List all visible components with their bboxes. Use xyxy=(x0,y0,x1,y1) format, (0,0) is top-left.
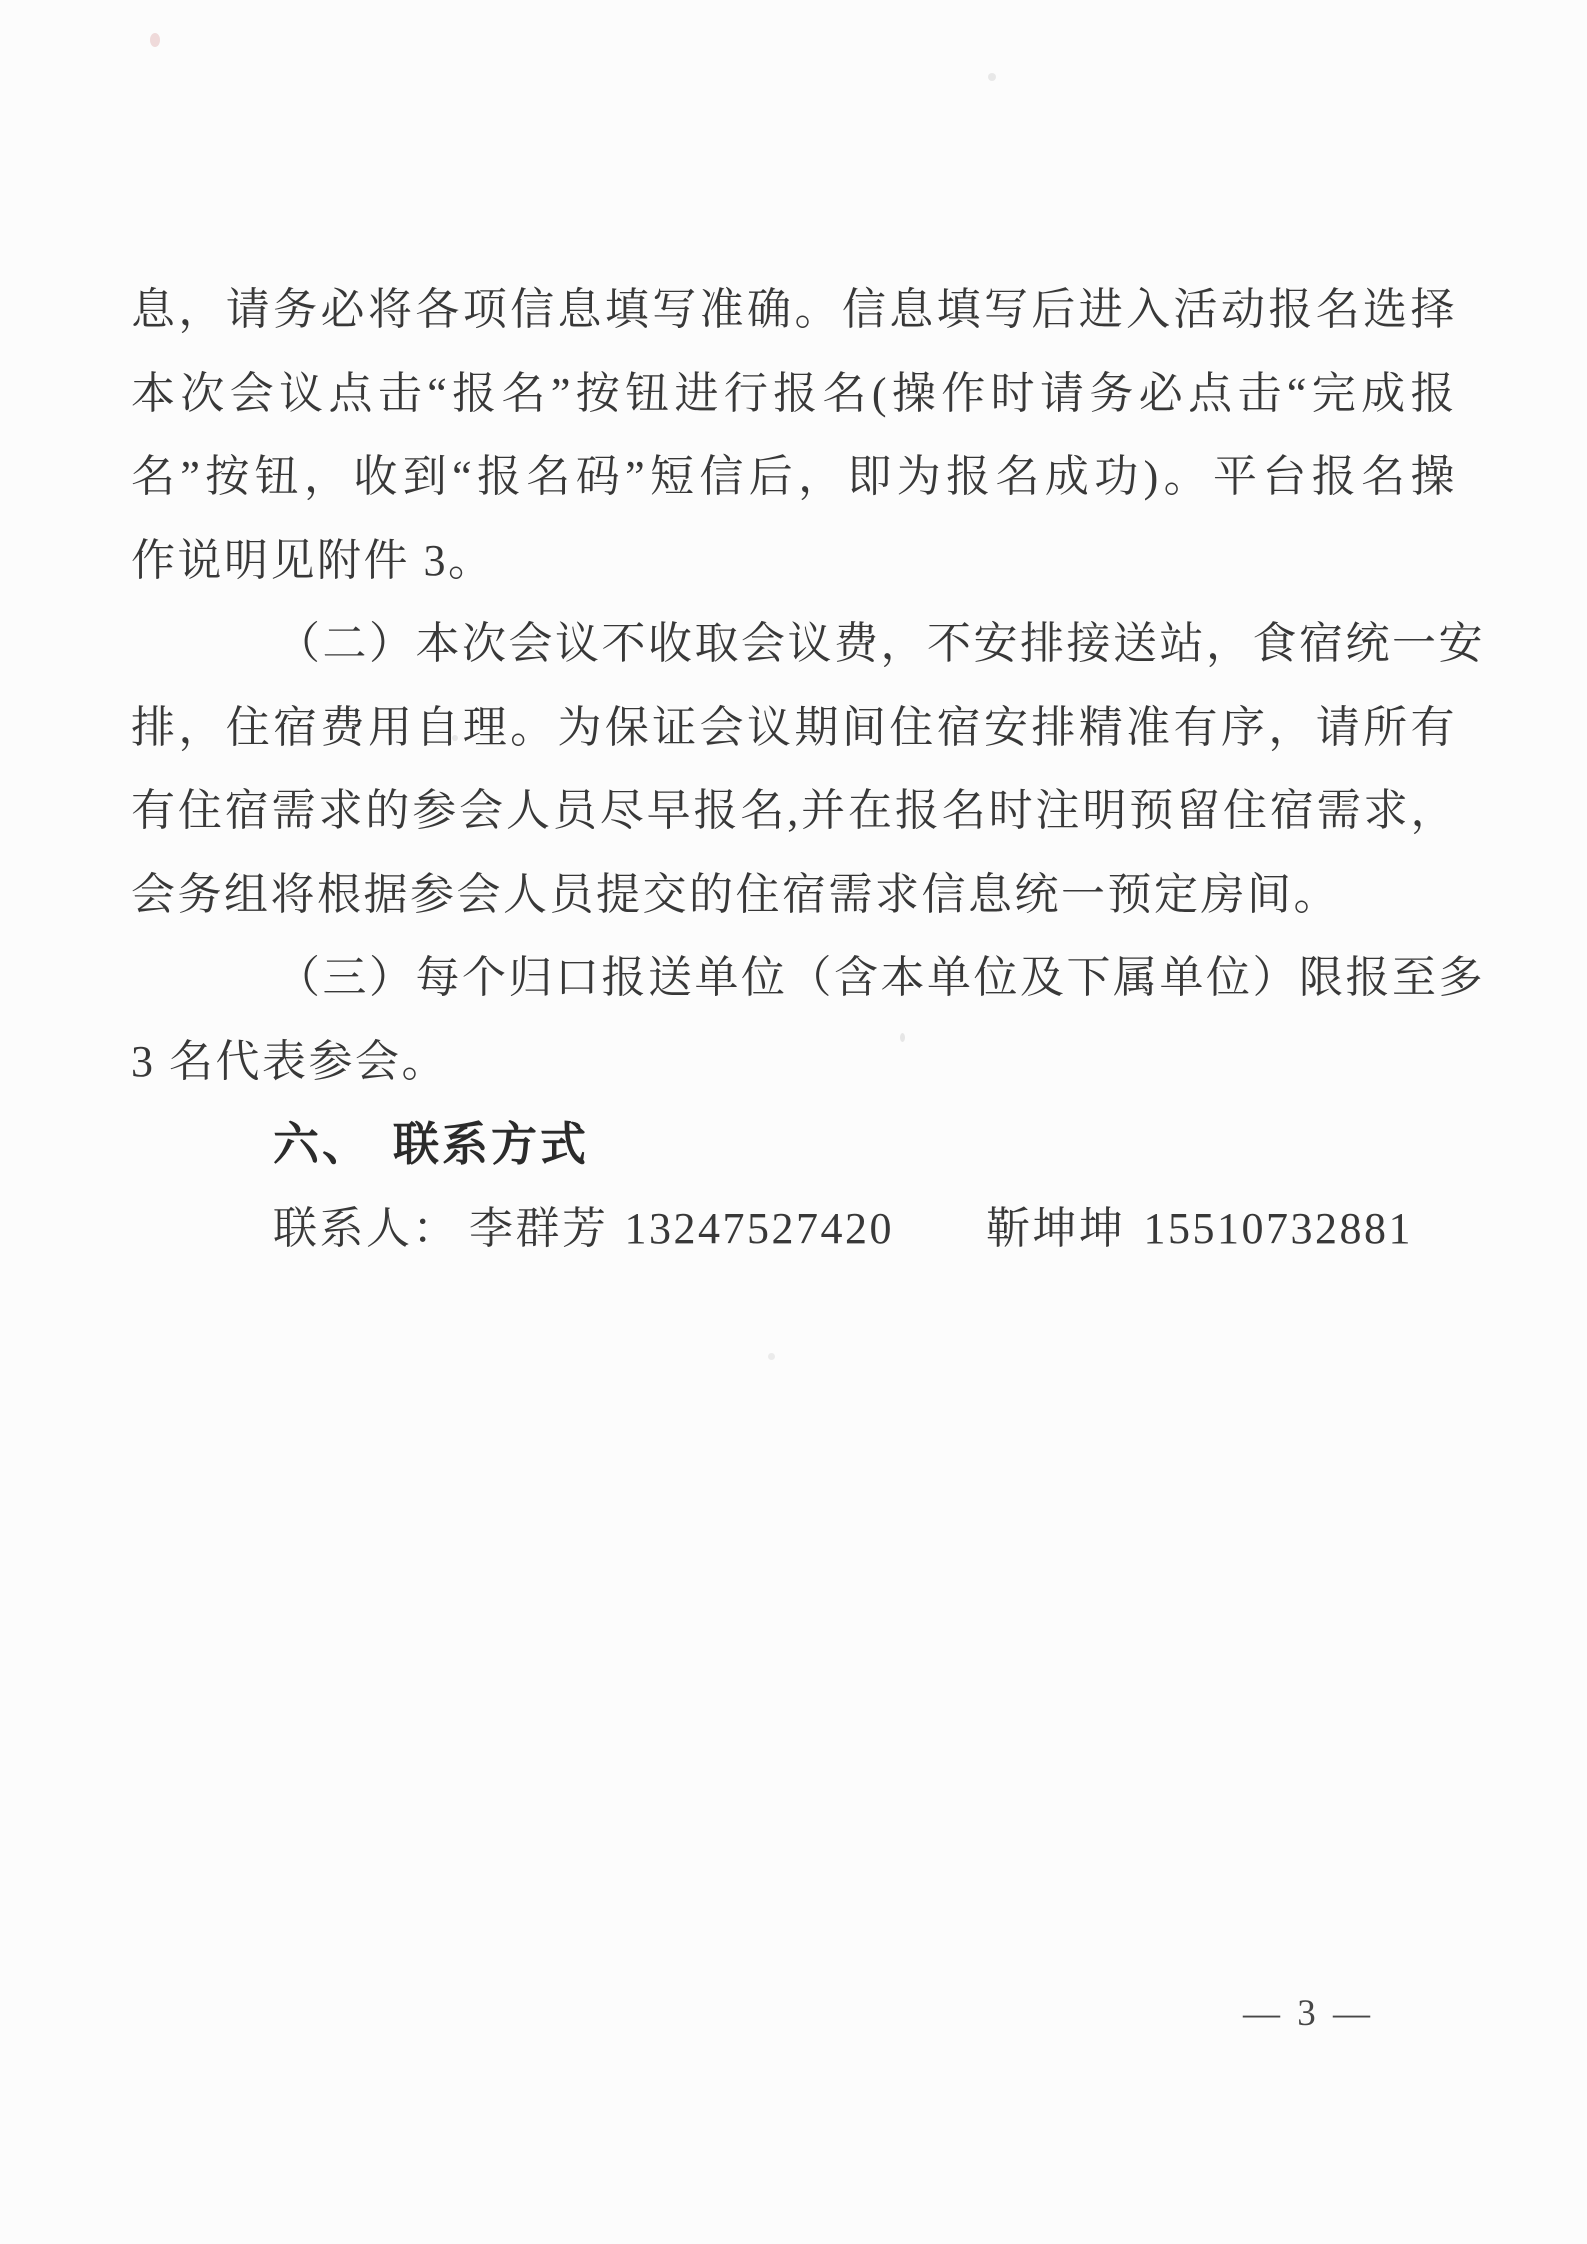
document-page: 息，请务必将各项信息填写准确。信息填写后进入活动报名选择 本次会议点击“报名”按… xyxy=(0,0,1587,2244)
paragraph-line: 息，请务必将各项信息填写准确。信息填写后进入活动报名选择 xyxy=(131,268,1457,352)
section-heading: 六、联系方式 xyxy=(131,1103,1457,1187)
paragraph-line: 名”按钮，收到“报名码”短信后，即为报名成功)。平台报名操 xyxy=(131,435,1457,519)
paragraph-line: 作说明见附件 3。 xyxy=(131,519,1457,603)
contact-person-name: 李群芳 xyxy=(469,1204,609,1253)
contact-label: 联系人： xyxy=(273,1204,459,1253)
paragraph-line: （三）每个归口报送单位（含本单位及下属单位）限报至多 xyxy=(131,936,1457,1020)
contact-person-name: 靳坤坤 xyxy=(986,1204,1126,1253)
paragraph-line: 本次会议点击“报名”按钮进行报名(操作时请务必点击“完成报 xyxy=(131,352,1457,436)
section-number: 六、 xyxy=(273,1118,371,1170)
page-number: — 3 — xyxy=(1243,1992,1374,2035)
section-title: 联系方式 xyxy=(393,1118,589,1170)
paragraph-line: 有住宿需求的参会人员尽早报名,并在报名时注明预留住宿需求， xyxy=(131,769,1457,853)
paragraph-line: 排，住宿费用自理。为保证会议期间住宿安排精准有序，请所有 xyxy=(131,686,1457,770)
paragraph-line: 3 名代表参会。 xyxy=(131,1020,1457,1104)
contact-person-phone: 13247527420 xyxy=(625,1204,895,1253)
paragraph-line: 会务组将根据参会人员提交的住宿需求信息统一预定房间。 xyxy=(131,853,1457,937)
body-text: 息，请务必将各项信息填写准确。信息填写后进入活动报名选择 本次会议点击“报名”按… xyxy=(131,268,1457,1270)
contact-person-phone: 15510732881 xyxy=(1144,1204,1414,1253)
scan-speck xyxy=(988,73,996,81)
contact-line: 联系人：李群芳13247527420靳坤坤15510732881 xyxy=(131,1187,1457,1271)
scan-speck xyxy=(150,33,160,47)
paragraph-line: （二）本次会议不收取会议费，不安排接送站，食宿统一安 xyxy=(131,602,1457,686)
scan-speck xyxy=(768,1353,775,1360)
